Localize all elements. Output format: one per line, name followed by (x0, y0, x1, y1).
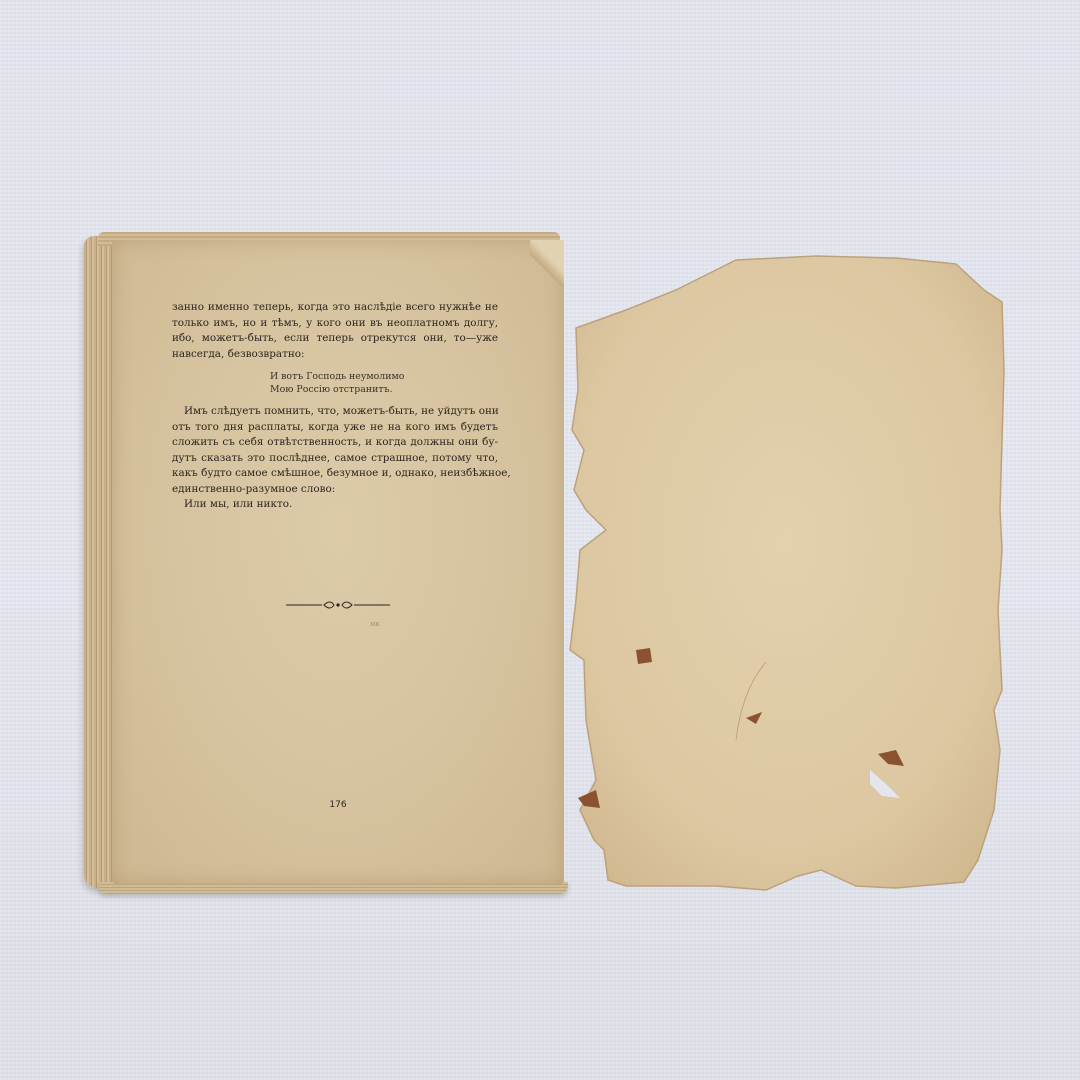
verse-quote: И вотъ Господь неумолимо Мою Россію отст… (270, 370, 498, 396)
paragraph-1: занно именно теперь, когда это наслѣдіе … (172, 300, 498, 362)
verse-line: Мою Россію отстранитъ. (270, 383, 498, 396)
torn-loose-sheet (566, 250, 1008, 892)
text-line: отъ того дня расплаты, когда уже не на к… (172, 420, 498, 436)
paragraph-2: Имъ слѣдуетъ помнить, что, можетъ-быть, … (172, 404, 498, 513)
text-line: единственно-разумное слово: (172, 482, 498, 498)
text-line: дутъ сказать это послѣднее, самое страшн… (172, 451, 498, 467)
folded-corner (530, 240, 564, 286)
torn-paper-shape (566, 250, 1008, 892)
text-line: навсегда, безвозвратно: (172, 347, 498, 363)
text-line: Имъ слѣдуетъ помнить, что, можетъ-быть, … (172, 404, 498, 420)
text-line: сложить съ себя отвѣтственность, и когда… (172, 435, 498, 451)
open-book: занно именно теперь, когда это наслѣдіе … (84, 232, 572, 894)
text-line: ибо, можетъ-быть, если теперь отрекутся … (172, 331, 498, 347)
faint-stamp: ᴍᴋ (370, 620, 380, 628)
text-line: какъ будто самое смѣшное, безумное и, од… (172, 466, 498, 482)
brown-stain (636, 648, 652, 664)
text-line: занно именно теперь, когда это наслѣдіе … (172, 300, 498, 316)
text-line: только имъ, но и тѣмъ, у кого они въ нео… (172, 316, 498, 332)
closing-line: Или мы, или никто. (172, 497, 498, 513)
page-number: 176 (112, 800, 564, 810)
verse-line: И вотъ Господь неумолимо (270, 370, 498, 383)
printed-page: занно именно теперь, когда это наслѣдіе … (112, 240, 564, 884)
page-text: занно именно теперь, когда это наслѣдіе … (172, 300, 498, 513)
ornament-divider-icon (286, 598, 390, 612)
